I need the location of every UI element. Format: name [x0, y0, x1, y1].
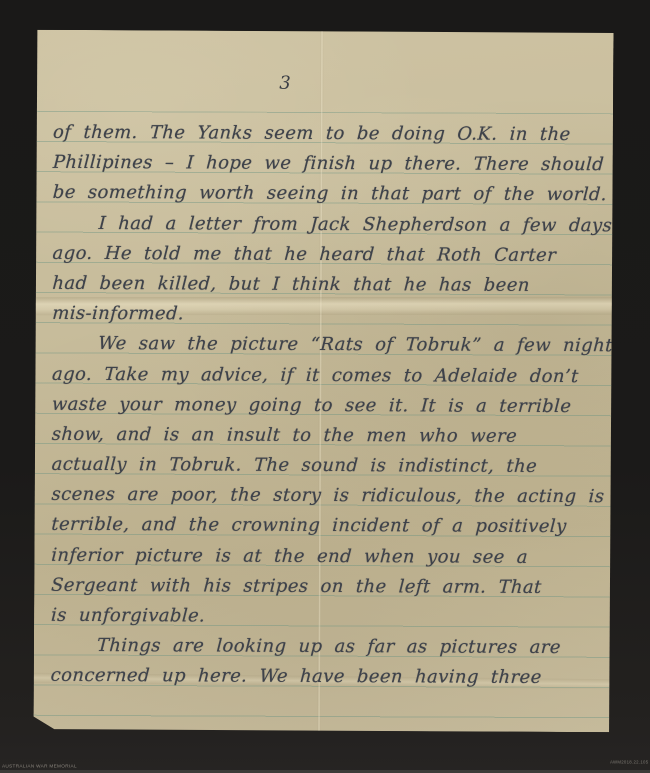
letter-line: concerned up here. We have been having t… [50, 661, 610, 694]
letter-line: of them. The Yanks seem to be doing O.K.… [52, 118, 612, 151]
letter-line: is unforgivable. [50, 601, 610, 634]
archive-watermark-right: AWM2018.22.105 [610, 761, 648, 765]
letter-line: show, and is an insult to the men who we… [51, 420, 611, 453]
letter-line: actually in Tobruk. The sound is indisti… [51, 450, 611, 483]
letter-line: Sergeant with his stripes on the left ar… [50, 571, 610, 604]
letter-line: inferior picture is at the end when you … [50, 540, 610, 573]
letter-line: ago. Take my advice, if it comes to Adel… [51, 359, 611, 392]
letter-page: 3 of them. The Yanks seem to be doing O.… [33, 30, 613, 733]
archive-watermark-left: AUSTRALIAN WAR MEMORIAL [2, 764, 77, 769]
letter-line: ago. He told me that he heard that Roth … [52, 239, 612, 272]
letter-line: Phillipines – I hope we finish up there.… [52, 148, 612, 181]
scan-mount: 3 of them. The Yanks seem to be doing O.… [0, 0, 650, 773]
letter-line: waste your money going to see it. It is … [51, 390, 611, 423]
letter-line: We saw the picture “Rats of Tobruk” a fe… [51, 329, 611, 362]
letter-line: had been killed, but I think that he has… [52, 269, 612, 302]
letter-line: Things are looking up as far as pictures… [50, 631, 610, 664]
letter-line: mis-informed. [51, 299, 611, 332]
letter-line: be something worth seeing in that part o… [52, 178, 612, 211]
letter-line: I had a letter from Jack Shepherdson a f… [52, 208, 612, 241]
page-number: 3 [279, 73, 319, 94]
letter-lines: of them. The Yanks seem to be doing O.K.… [51, 118, 611, 694]
letter-line: scenes are poor, the story is ridiculous… [51, 480, 611, 513]
letter-line: terrible, and the crowning incident of a… [51, 510, 611, 543]
